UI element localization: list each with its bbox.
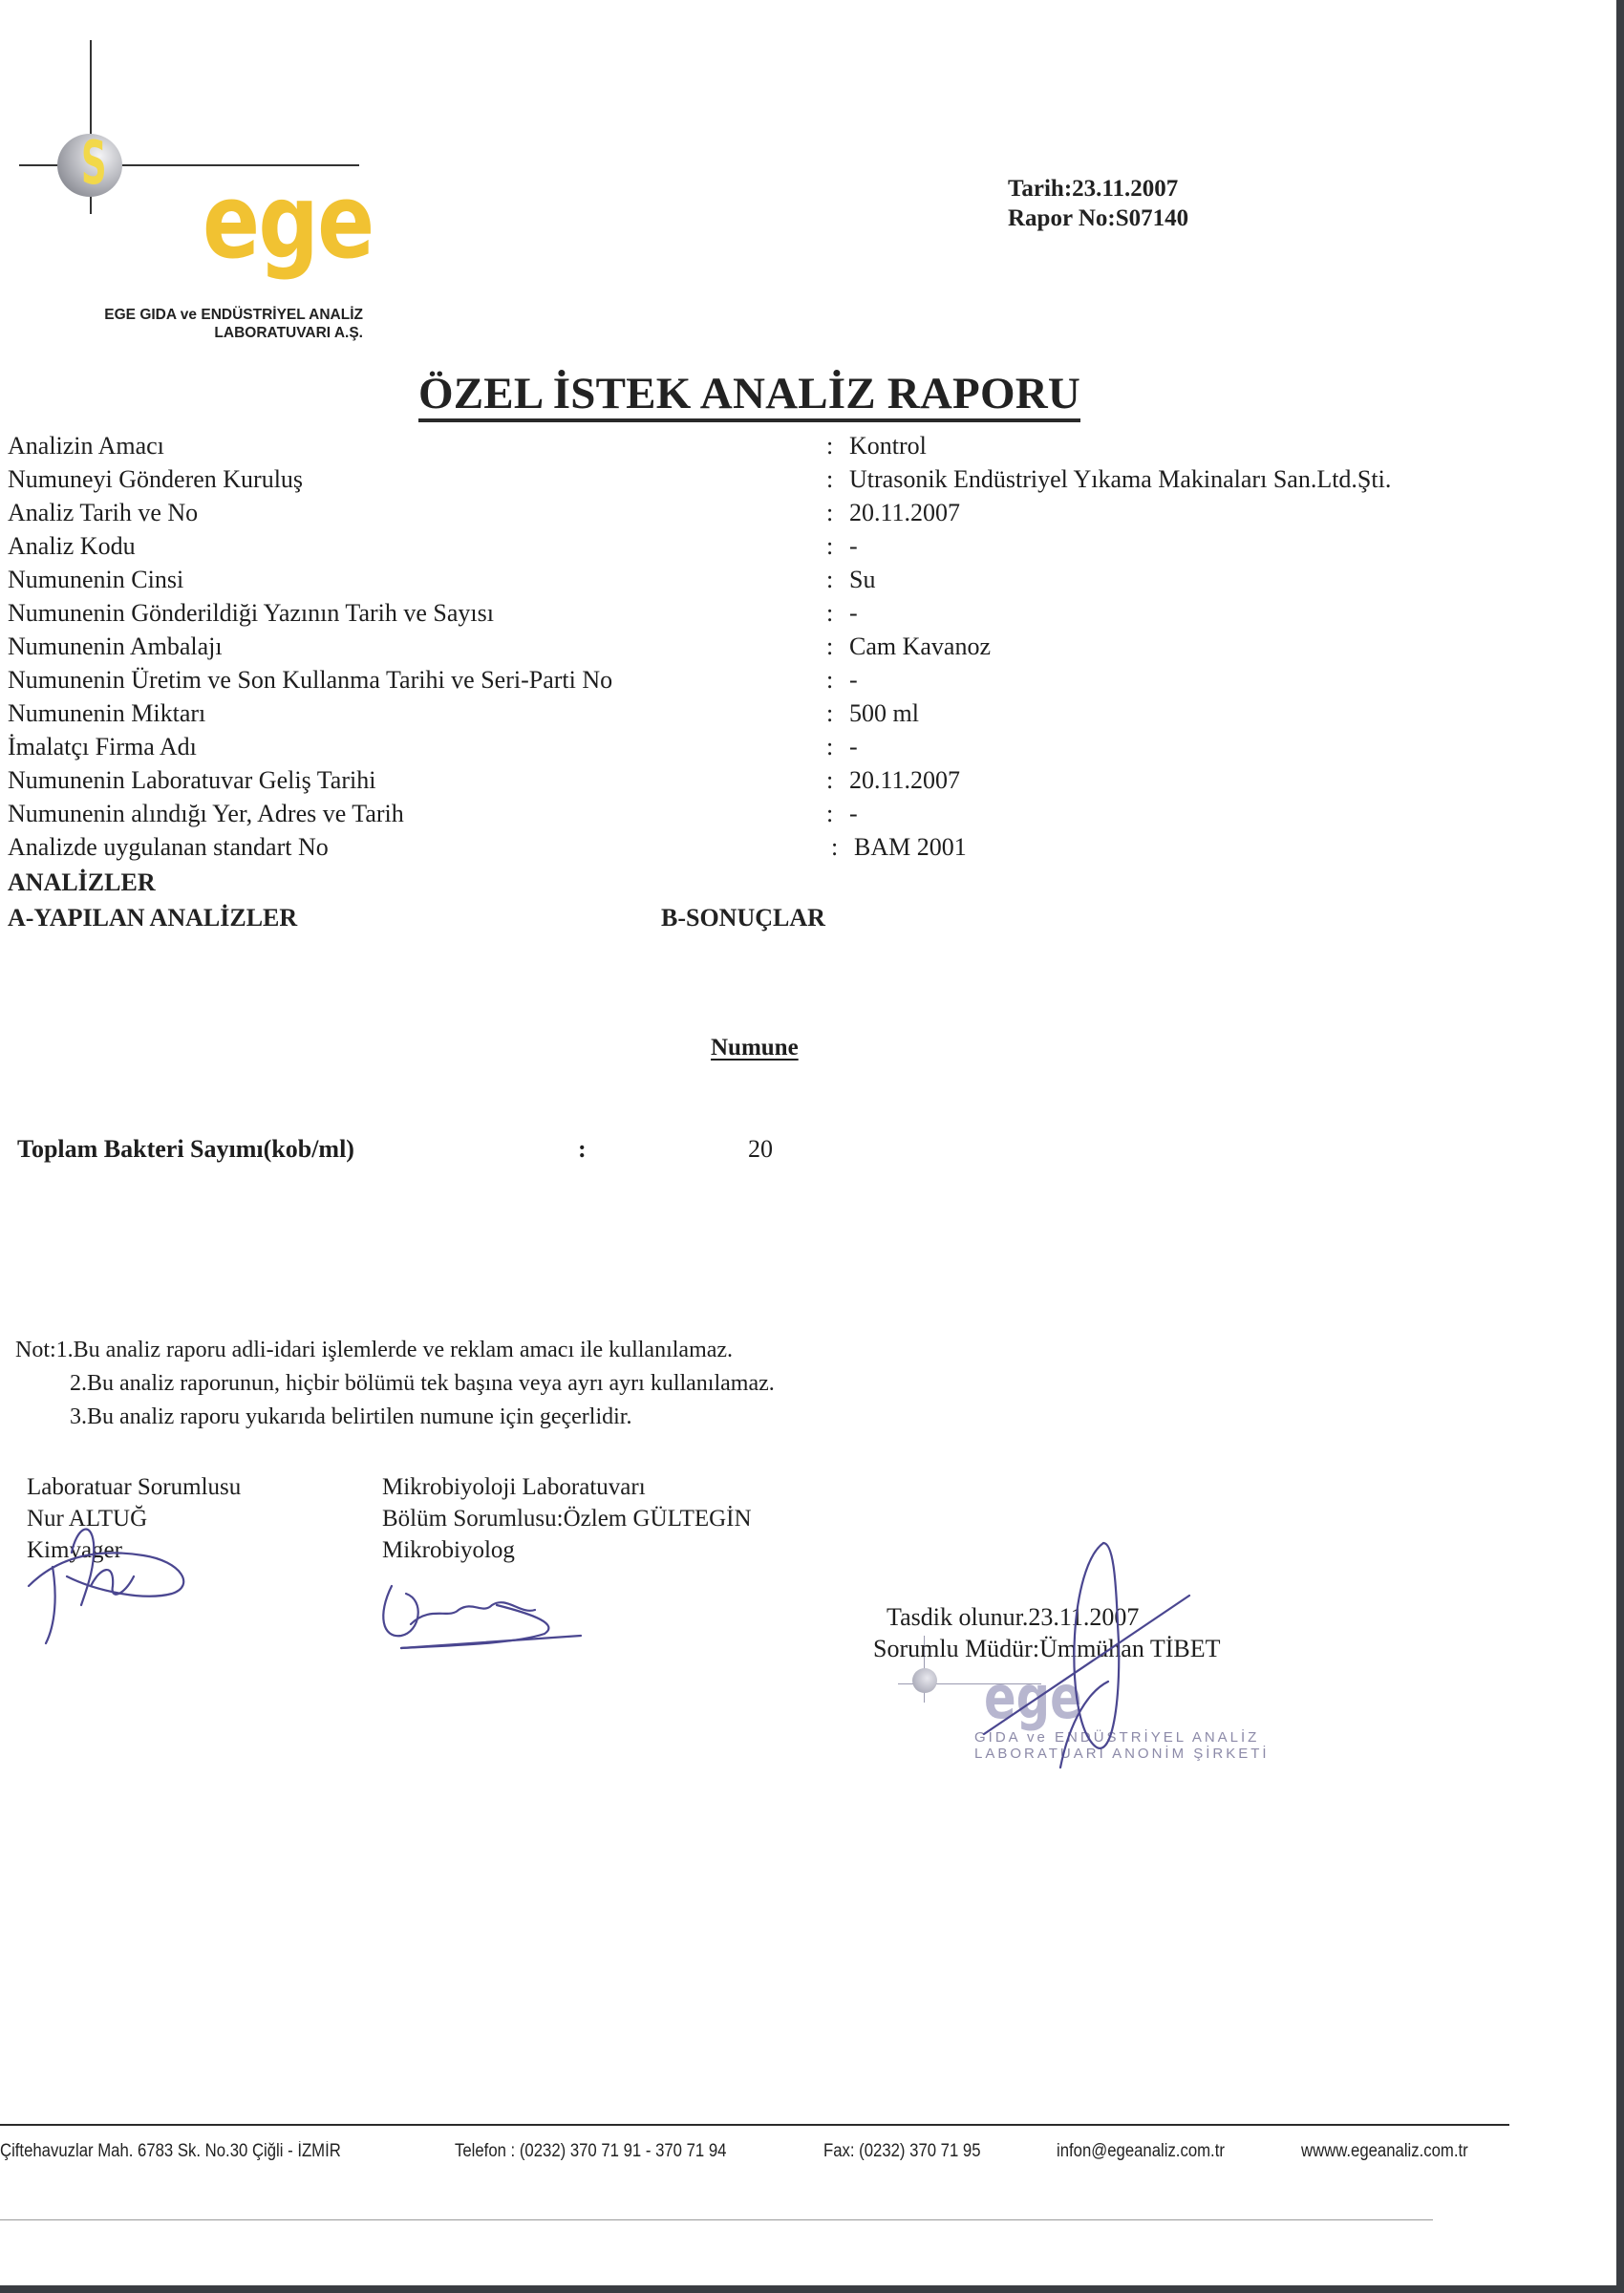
handwritten-signatures [0,0,1624,2293]
footer-email[interactable]: infon@egeanaliz.com.tr [1057,2141,1225,2162]
footer-fax: Fax: (0232) 370 71 95 [823,2141,981,2162]
footer-address: Çiftehavuzlar Mah. 6783 Sk. No.30 Çiğli … [0,2141,341,2162]
footer-website[interactable]: wwww.egeanaliz.com.tr [1301,2141,1468,2162]
footer-phone: Telefon : (0232) 370 71 91 - 370 71 94 [455,2141,726,2162]
footer-divider-lower [0,2219,1433,2220]
footer-divider [0,2124,1509,2126]
